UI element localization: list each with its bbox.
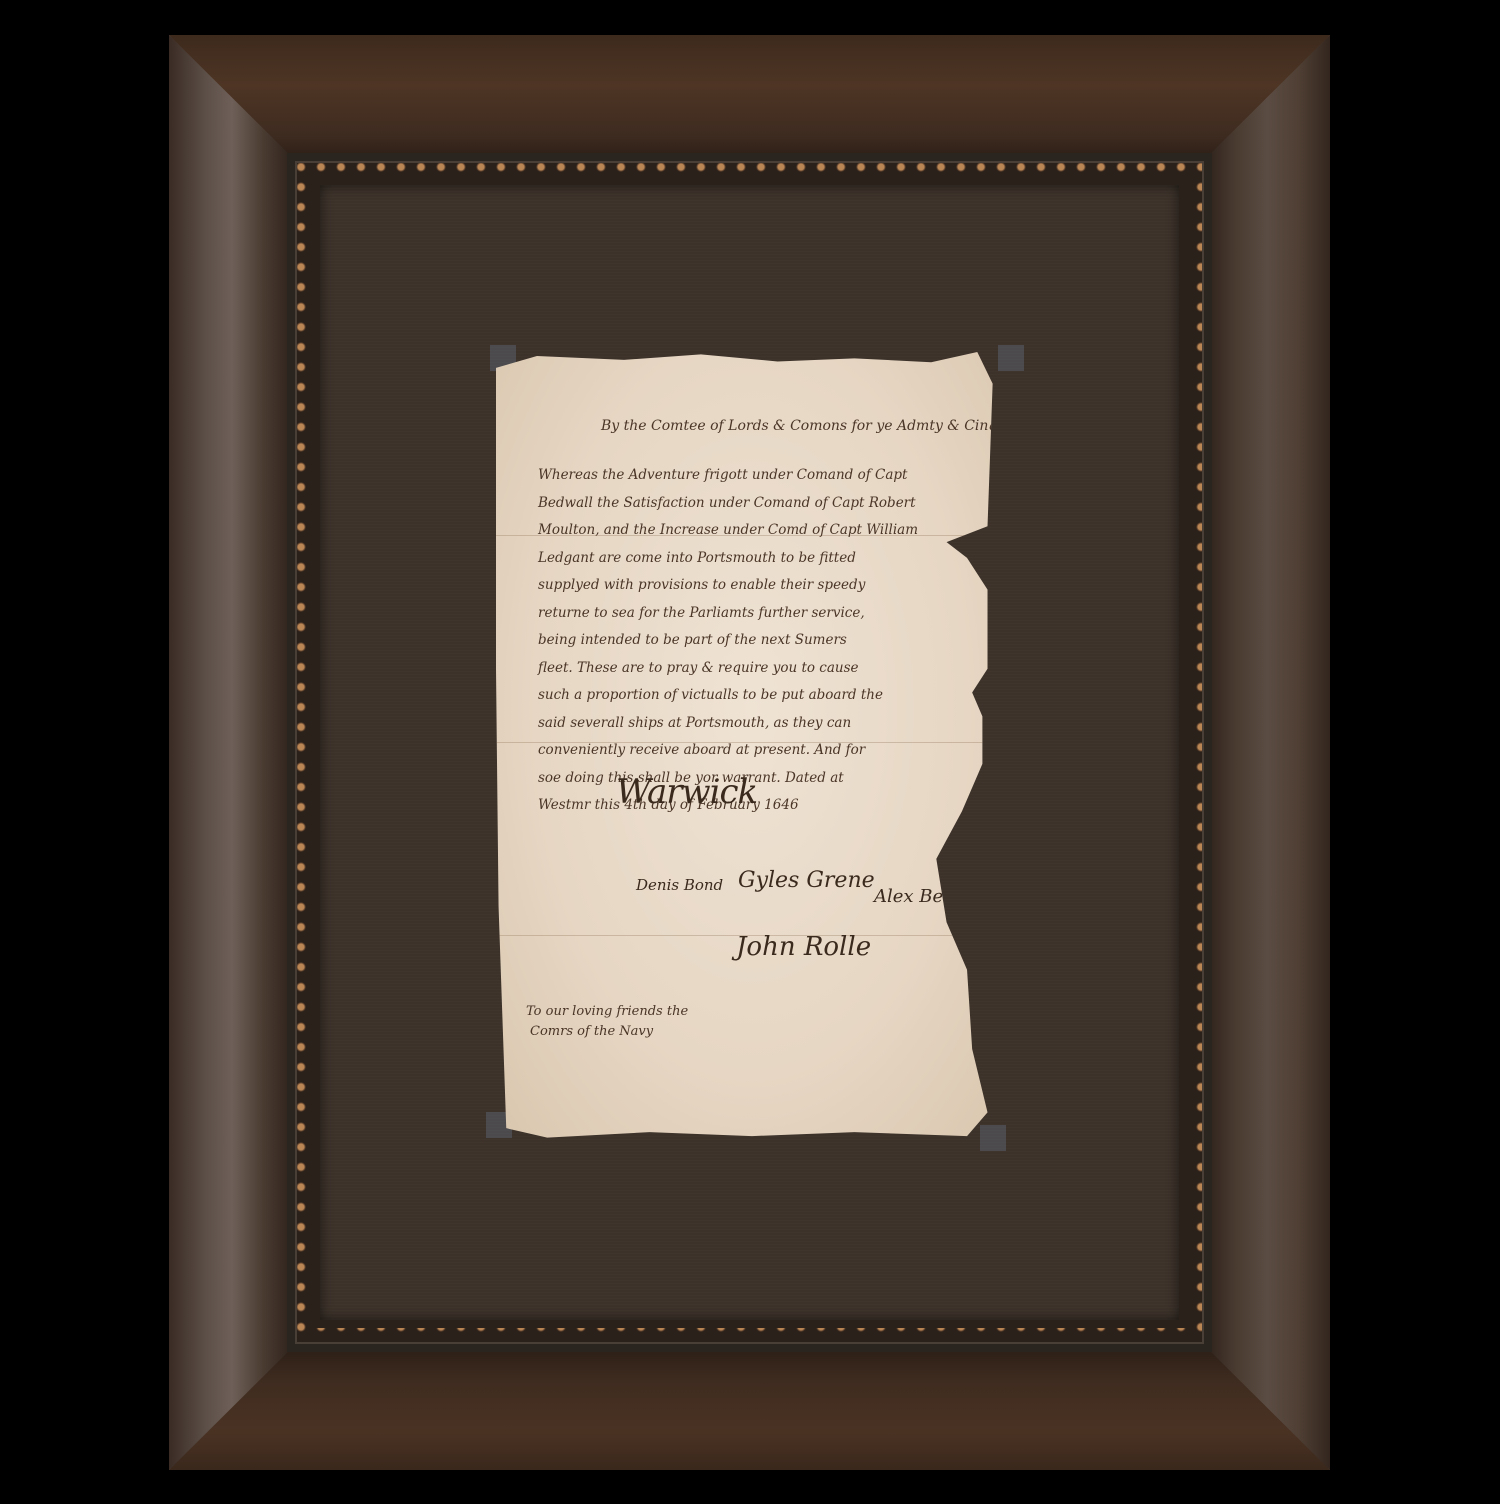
frame-bottom-rail [169, 1344, 1330, 1470]
body-line: returne to sea for the Parliamts further… [538, 600, 983, 628]
manuscript-document: By the Comtee of Lords & Comons for ye A… [496, 352, 1008, 1144]
body-line: conveniently receive aboard at present. … [538, 737, 983, 765]
body-line: Westmr this 4th day of February 1646 [538, 792, 983, 820]
signature-rolle: John Rolle [736, 932, 871, 962]
body-line: Ledgant are come into Portsmouth to be f… [538, 545, 983, 573]
mounting-corner-bottom-right [980, 1125, 1006, 1151]
body-line: Bedwall the Satisfaction under Comand of… [538, 490, 983, 518]
signature-warwick: Warwick [616, 772, 757, 812]
frame-left-rail [169, 35, 295, 1470]
body-line: Moulton, and the Increase under Comd of … [538, 517, 983, 545]
signature-bond: Denis Bond [636, 876, 723, 894]
mounting-corner-top-right [998, 345, 1024, 371]
frame-top-rail [169, 35, 1330, 161]
document-heading: By the Comtee of Lords & Comons for ye A… [601, 418, 1039, 434]
addressee-line: Comrs of the Navy [526, 1022, 688, 1042]
addressee: To our loving friends the Comrs of the N… [526, 1002, 688, 1042]
body-line: supplyed with provisions to enable their… [538, 572, 983, 600]
addressee-line: To our loving friends the [526, 1002, 688, 1022]
body-line: fleet. These are to pray & require you t… [538, 655, 983, 683]
body-line: such a proportion of victualls to be put… [538, 682, 983, 710]
body-line: soe doing this shall be yor warrant. Dat… [538, 765, 983, 793]
signature-grene: Gyles Grene [738, 868, 875, 893]
body-line: said severall ships at Portsmouth, as th… [538, 710, 983, 738]
document-body: Whereas the Adventure frigott under Coma… [538, 462, 983, 820]
body-line: Whereas the Adventure frigott under Coma… [538, 462, 983, 490]
body-line: being intended to be part of the next Su… [538, 627, 983, 655]
frame-right-rail [1204, 35, 1330, 1470]
